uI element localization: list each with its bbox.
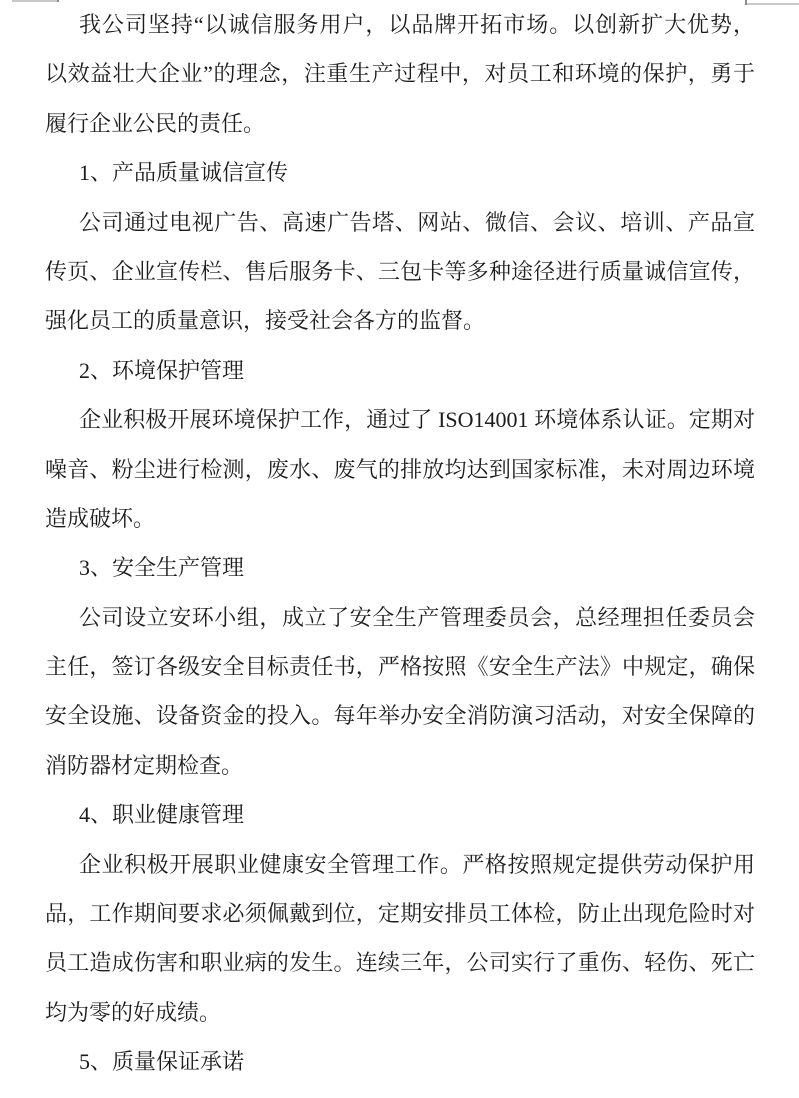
text-line: 企业积极开展环境保护工作，通过了 ISO14001 环境体系认证。定期对 [45, 395, 755, 444]
text-line: 2、环境保护管理 [45, 346, 755, 395]
text-line: 均为零的好成绩。 [45, 988, 755, 1037]
text-line: 噪音、粉尘进行检测，废水、废气的排放均达到国家标准，未对周边环境 [45, 445, 755, 494]
text-line: 公司通过电视广告、高速广告塔、网站、微信、会议、培训、产品宣 [45, 198, 755, 247]
text-line: 品，工作期间要求必须佩戴到位，定期安排员工体检，防止出现危险时对 [45, 889, 755, 938]
body-paragraph: 企业积极开展环境保护工作，通过了 ISO14001 环境体系认证。定期对噪音、粉… [45, 395, 755, 543]
body-paragraph: 公司设立安环小组，成立了安全生产管理委员会，总经理担任委员会主任，签订各级安全目… [45, 593, 755, 791]
text-line: 企业积极开展职业健康安全管理工作。严格按照规定提供劳动保护用 [45, 840, 755, 889]
text-line: 强化员工的质量意识，接受社会各方的监督。 [45, 296, 755, 345]
section-heading: 2、环境保护管理 [45, 346, 755, 395]
margin-boundary-mark-left [12, 0, 60, 6]
section-heading: 4、职业健康管理 [45, 790, 755, 839]
text-line: 3、安全生产管理 [45, 543, 755, 592]
section-heading: 3、安全生产管理 [45, 543, 755, 592]
document-page: 我公司坚持“以诚信服务用户，以品牌开拓市场。以创新扩大优势，以效益壮大企业”的理… [0, 0, 799, 1098]
body-paragraph: 我公司坚持“以诚信服务用户，以品牌开拓市场。以创新扩大优势，以效益壮大企业”的理… [45, 0, 755, 148]
text-line: 以效益壮大企业”的理念，注重生产过程中，对员工和环境的保护，勇于 [45, 49, 755, 98]
text-line: 消防器材定期检查。 [45, 741, 755, 790]
margin-mark-bar [12, 0, 57, 2]
text-line: 传页、企业宣传栏、售后服务卡、三包卡等多种途径进行质量诚信宣传， [45, 247, 755, 296]
text-line: 我公司坚持“以诚信服务用户，以品牌开拓市场。以创新扩大优势， [45, 0, 755, 49]
body-paragraph: 企业积极开展职业健康安全管理工作。严格按照规定提供劳动保护用品，工作期间要求必须… [45, 840, 755, 1038]
text-line: 主任，签订各级安全目标责任书，严格按照《安全生产法》中规定，确保 [45, 642, 755, 691]
text-line: 安全设施、设备资金的投入。每年举办安全消防演习活动，对安全保障的 [45, 691, 755, 740]
text-line: 5、质量保证承诺 [45, 1037, 755, 1086]
text-line: 4、职业健康管理 [45, 790, 755, 839]
section-heading: 1、产品质量诚信宣传 [45, 148, 755, 197]
document-body: 我公司坚持“以诚信服务用户，以品牌开拓市场。以创新扩大优势，以效益壮大企业”的理… [0, 0, 799, 1087]
margin-mark-tick [57, 0, 59, 2]
text-line: 员工造成伤害和职业病的发生。连续三年，公司实行了重伤、轻伤、死亡 [45, 938, 755, 987]
text-line: 公司设立安环小组，成立了安全生产管理委员会，总经理担任委员会 [45, 593, 755, 642]
text-line: 履行企业公民的责任。 [45, 99, 755, 148]
section-heading: 5、质量保证承诺 [45, 1037, 755, 1086]
margin-mark-bar [746, 3, 799, 5]
body-paragraph: 公司通过电视广告、高速广告塔、网站、微信、会议、培训、产品宣传页、企业宣传栏、售… [45, 198, 755, 346]
text-line: 1、产品质量诚信宣传 [45, 148, 755, 197]
margin-boundary-mark-right [745, 0, 799, 6]
margin-mark-tick [745, 0, 747, 5]
text-line: 造成破坏。 [45, 494, 755, 543]
